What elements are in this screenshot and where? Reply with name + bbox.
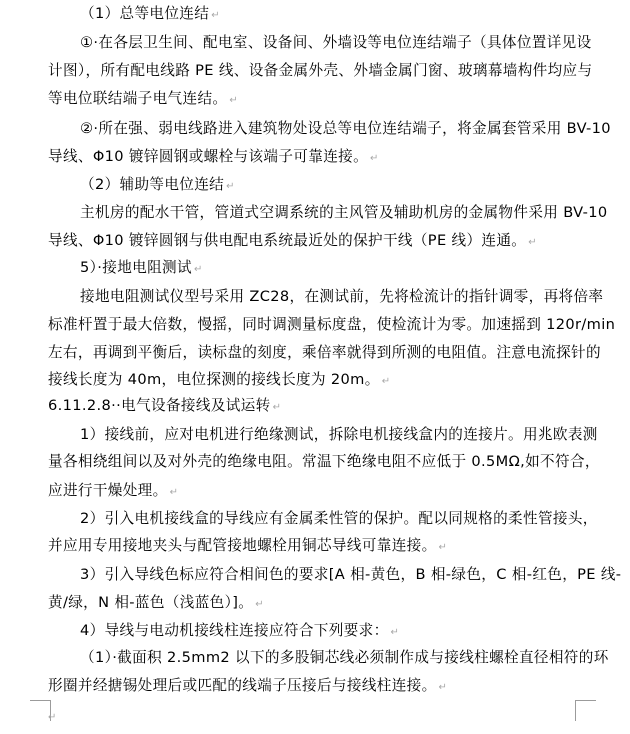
- text-line: 接地电阻测试仪型号采用 ZC28，在测试前，先将检流计的指针调零，再将倍率: [80, 283, 603, 311]
- line-text: 5）·接地电阻测试: [80, 259, 192, 276]
- line-text: 并应用专用接地夹头与配管接地螺栓用铜芯导线可靠连接。: [48, 537, 437, 554]
- text-line: ②·所在强、弱电线路进入建筑物处设总等电位连结端子，将金属套管采用 BV-10: [80, 115, 611, 143]
- text-line: 2）引入电机接线盒的导线应有金属柔性管的保护。配以同规格的柔性管接头，: [80, 505, 598, 533]
- line-text: 2）引入电机接线盒的导线应有金属柔性管的保护。配以同规格的柔性管接头，: [80, 510, 598, 527]
- line-text: 应进行干燥处理。: [48, 482, 168, 499]
- line-text: 接地电阻测试仪型号采用 ZC28，在测试前，先将检流计的指针调零，再将倍率: [80, 288, 603, 305]
- line-text: （1）·截面积 2.5mm2 以下的多股铜芯线必须制作成与接线柱螺栓直径相符的环: [80, 649, 609, 666]
- line-text: 黄/绿，N 相-蓝色（浅蓝色）]。: [48, 594, 253, 611]
- line-text: 计图），所有配电线路 PE 线、设备金属外壳、外墙金属门窗、玻璃幕墙构件均应与: [48, 62, 592, 79]
- paragraph-mark-icon: ↵: [382, 376, 391, 387]
- text-line: （1）·截面积 2.5mm2 以下的多股铜芯线必须制作成与接线柱螺栓直径相符的环: [80, 644, 609, 672]
- text-line: 形圈并经搪锡处理后或匹配的线端子压接后与接线柱连接。↵: [48, 672, 447, 700]
- text-line: ①·在各层卫生间、配电室、设备间、外墙设等电位连结端子（具体位置详见设: [80, 29, 592, 57]
- text-line: 6.11.2.8··电气设备接线及试运转↵: [48, 392, 281, 420]
- line-text: 1）接线前，应对电机进行绝缘测试，拆除电机接线盒内的连接片。用兆欧表测: [80, 426, 598, 443]
- line-text: ②·所在强、弱电线路进入建筑物处设总等电位连结端子，将金属套管采用 BV-10: [80, 120, 611, 137]
- paragraph-mark-icon: ↵: [255, 599, 264, 610]
- line-text: 导线、Φ10 镀锌圆钢与供电配电系统最近处的保护干线（PE 线）连通。: [48, 232, 526, 249]
- text-line: 等电位联结端子电气连结。↵: [48, 85, 238, 113]
- paragraph-mark-icon: ↵: [439, 682, 448, 693]
- paragraph-mark-icon: ↵: [48, 712, 56, 723]
- paragraph-mark-icon: ↵: [528, 237, 537, 248]
- line-text: 等电位联结端子电气连结。: [48, 90, 227, 107]
- paragraph-mark-icon: ↵: [439, 542, 448, 553]
- line-text: 6.11.2.8··电气设备接线及试运转: [48, 397, 271, 414]
- paragraph-mark-icon: ↵: [370, 153, 379, 164]
- line-text: （1）总等电位连结: [80, 5, 209, 22]
- text-line: 接线长度为 40m，电位探测的接线长度为 20m。↵: [48, 366, 390, 394]
- text-line: 主机房的配水干管，管道式空调系统的主风管及辅助机房的金属物件采用 BV-10: [80, 199, 607, 227]
- paragraph-mark-icon: ↵: [226, 181, 235, 192]
- text-line: 4）导线与电动机接线柱连接应符合下列要求：↵: [80, 617, 399, 645]
- text-line: 并应用专用接地夹头与配管接地螺栓用铜芯导线可靠连接。↵: [48, 532, 447, 560]
- text-line: 量各相绕组间以及对外壳的绝缘电阻。常温下绝缘电阻不应低于 0.5MΩ,如不符合，: [48, 448, 600, 476]
- text-line: 导线、Φ10 镀锌圆钢与供电配电系统最近处的保护干线（PE 线）连通。↵: [48, 227, 537, 255]
- text-line: 导线、Φ10 镀锌圆钢或螺栓与该端子可靠连接。↵: [48, 143, 379, 171]
- text-line: 黄/绿，N 相-蓝色（浅蓝色）]。↵: [48, 589, 264, 617]
- text-line: 应进行干燥处理。↵: [48, 477, 178, 505]
- paragraph-mark-icon: ↵: [170, 487, 179, 498]
- line-text: 量各相绕组间以及对外壳的绝缘电阻。常温下绝缘电阻不应低于 0.5MΩ,如不符合，: [48, 453, 600, 470]
- line-text: 形圈并经搪锡处理后或匹配的线端子压接后与接线柱连接。: [48, 677, 437, 694]
- text-line: （1）总等电位连结↵: [80, 0, 220, 28]
- line-text: 接线长度为 40m，电位探测的接线长度为 20m。: [48, 371, 380, 388]
- paragraph-mark-icon: ↵: [273, 402, 282, 413]
- text-line: （2）辅助等电位连结↵: [80, 171, 235, 199]
- page-corner-mark-right: [575, 700, 596, 721]
- text-line: 5）·接地电阻测试↵: [80, 254, 203, 282]
- line-text: ①·在各层卫生间、配电室、设备间、外墙设等电位连结端子（具体位置详见设: [80, 34, 592, 51]
- paragraph-mark-icon: ↵: [194, 264, 203, 275]
- text-line: 3）引入导线色标应符合相间色的要求[A 相-黄色，B 相-绿色，C 相-红色，P…: [80, 561, 621, 589]
- paragraph-mark-icon: ↵: [391, 627, 400, 638]
- line-text: 3）引入导线色标应符合相间色的要求[A 相-黄色，B 相-绿色，C 相-红色，P…: [80, 566, 621, 583]
- line-text: 4）导线与电动机接线柱连接应符合下列要求：: [80, 622, 389, 639]
- line-text: 导线、Φ10 镀锌圆钢或螺栓与该端子可靠连接。: [48, 148, 368, 165]
- line-text: 左右，再调到平衡后，读标盘的刻度，乘倍率就得到所测的电阻值。注意电流探针的: [48, 344, 601, 361]
- text-line: 左右，再调到平衡后，读标盘的刻度，乘倍率就得到所测的电阻值。注意电流探针的: [48, 339, 601, 367]
- paragraph-mark-icon: ↵: [229, 95, 238, 106]
- line-text: 标准杆置于最大倍数，慢摇，同时调测量标度盘，使检流计为零。加速摇到 120r/m…: [48, 316, 615, 333]
- line-text: 主机房的配水干管，管道式空调系统的主风管及辅助机房的金属物件采用 BV-10: [80, 204, 607, 221]
- text-line: 计图），所有配电线路 PE 线、设备金属外壳、外墙金属门窗、玻璃幕墙构件均应与: [48, 57, 592, 85]
- text-line: 标准杆置于最大倍数，慢摇，同时调测量标度盘，使检流计为零。加速摇到 120r/m…: [48, 311, 615, 339]
- line-text: （2）辅助等电位连结: [80, 176, 224, 193]
- paragraph-mark-icon: ↵: [211, 10, 220, 21]
- text-line: 1）接线前，应对电机进行绝缘测试，拆除电机接线盒内的连接片。用兆欧表测: [80, 421, 598, 449]
